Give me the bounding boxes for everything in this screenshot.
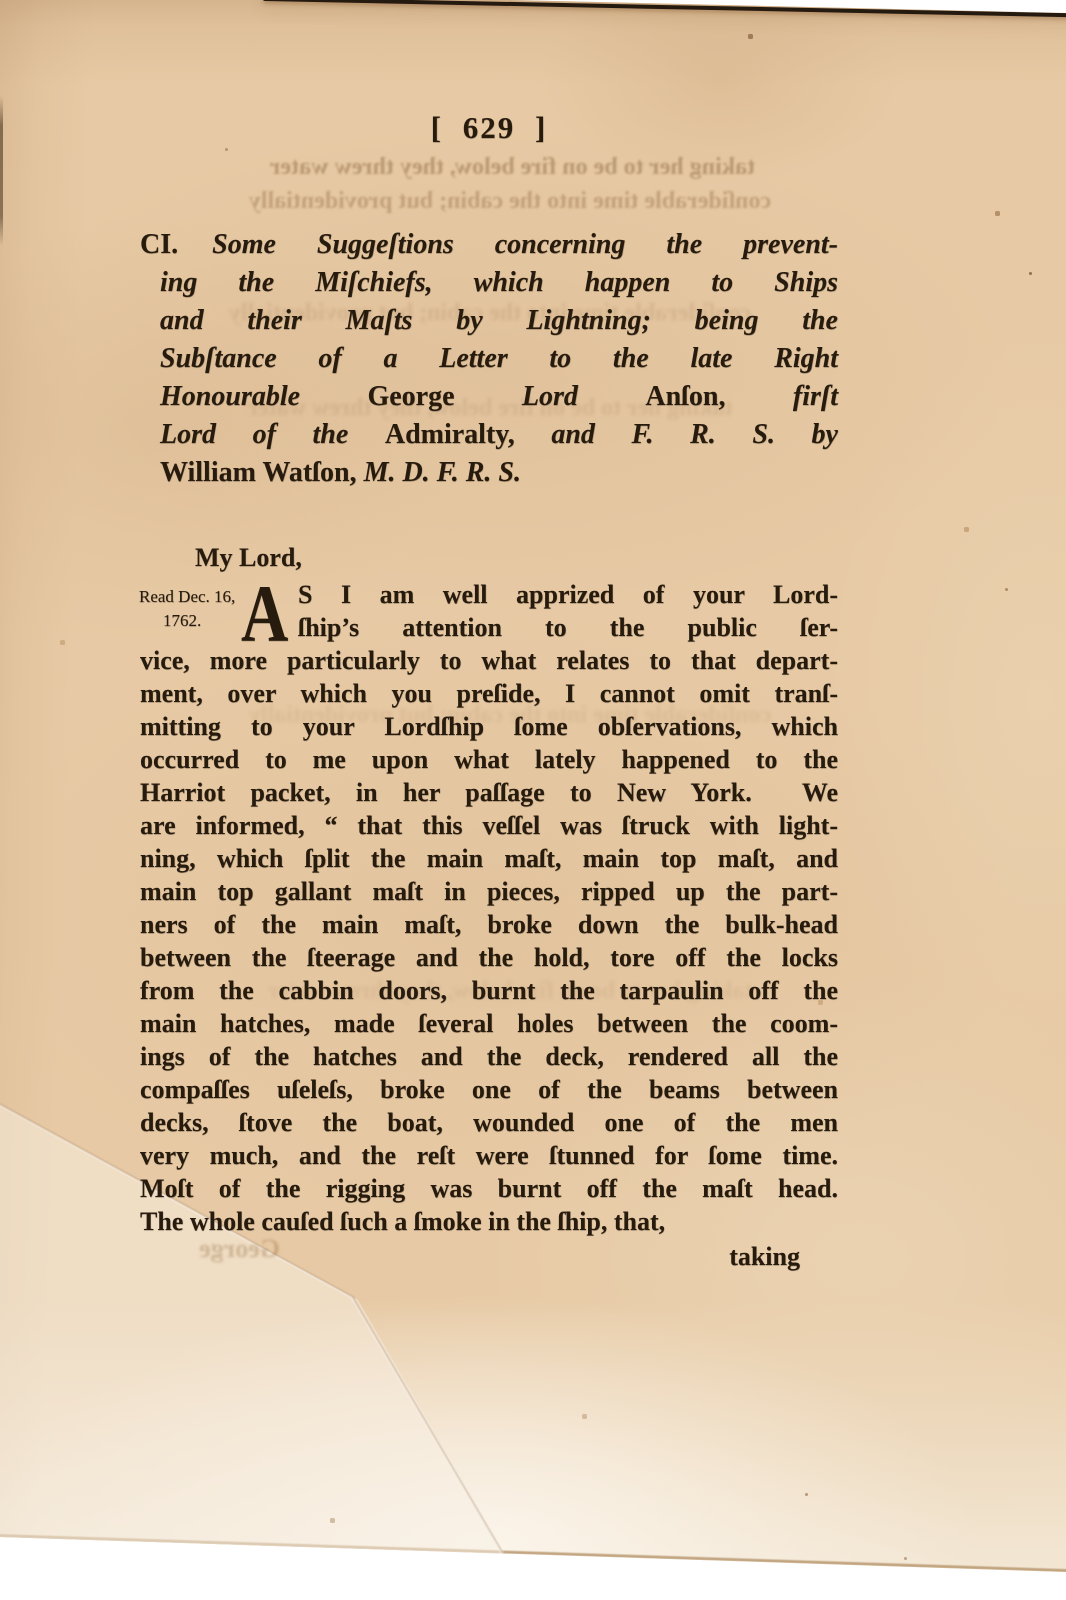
body-line: occurred to me upon what lately happened…: [140, 743, 838, 776]
title-text: Honourable: [160, 381, 367, 412]
title-text-roman: Admiralty,: [385, 419, 551, 450]
page-top-edge: [263, 0, 1066, 17]
body-line: main hatches, made ſeveral holes between…: [140, 1007, 838, 1040]
page-number: [ 629 ]: [140, 110, 838, 146]
title-line: Lord of the Admiralty, and F. R. S. by: [160, 416, 838, 454]
author-degrees: M. D. F. R. S.: [364, 457, 521, 488]
title-text: Lord of the: [160, 419, 385, 450]
body-line: very much, and the reſt were ſtunned for…: [140, 1139, 838, 1172]
title-text-roman: Anſon,: [645, 381, 793, 412]
body-line: ſhip’s attention to the public ſer-: [298, 611, 838, 644]
title-text: Lord: [522, 381, 645, 412]
body-line: ning, which ſplit the main maſt, main to…: [140, 842, 838, 875]
body-line: between the ſteerage and the hold, tore …: [140, 941, 838, 974]
title-text: firſt: [793, 381, 838, 412]
page-left-edge-shadow: [0, 96, 3, 246]
title-text: ing the Miſchiefs, which happen to Ships: [160, 267, 838, 298]
catchword: taking: [140, 1242, 800, 1272]
title-line: CI.Some Suggeſtions concerning the preve…: [160, 226, 838, 264]
title-text: and F. R. S. by: [551, 419, 838, 450]
bleedthrough-text: conſiderable time into the cabin; but pr…: [150, 188, 870, 215]
foxing-specks: [0, 0, 1, 1]
body-line: ners of the main maſt, broke down the bu…: [140, 908, 838, 941]
body-line: ings of the hatches and the deck, render…: [140, 1040, 838, 1073]
body-line: ment, over which you preſide, I cannot o…: [140, 677, 838, 710]
body-line: are informed, “ that this veſſel was ſtr…: [140, 809, 838, 842]
title-line: William Watſon, M. D. F. R. S.: [160, 454, 838, 492]
letter-body: S I am well apprized of your Lord- ſhip’…: [140, 578, 838, 1238]
title-text-roman: George: [367, 381, 521, 412]
scanned-document-page: { "page": { "number_display": "[ 629 ]",…: [0, 0, 1066, 1600]
body-line: from the cabbin doors, burnt the tarpaul…: [140, 974, 838, 1007]
title-line: and their Maſts by Lightning; being the: [160, 302, 838, 340]
title-text: and their Maſts by Lightning; being the: [160, 305, 838, 336]
article-title: CI.Some Suggeſtions concerning the preve…: [160, 226, 838, 492]
body-line: decks, ſtove the boat, wounded one of th…: [140, 1106, 838, 1139]
title-line: ing the Miſchiefs, which happen to Ships: [160, 264, 838, 302]
body-line: vice, more particularly to what relates …: [140, 644, 838, 677]
title-text: Subſtance of a Letter to the late Right: [160, 343, 838, 374]
body-line: main top gallant maſt in pieces, ripped …: [140, 875, 838, 908]
author-name: William Watſon,: [160, 457, 364, 488]
title-text: Some Suggeſtions concerning the prevent-: [212, 229, 838, 260]
title-line: Honourable George Lord Anſon, firſt: [160, 378, 838, 416]
title-line: Subſtance of a Letter to the late Right: [160, 340, 838, 378]
bleedthrough-text: taking her to be on fire below, they thr…: [145, 154, 880, 181]
body-line: The whole cauſed ſuch a ſmoke in the ſhi…: [140, 1205, 838, 1238]
body-line: Moſt of the rigging was burnt off the ma…: [140, 1172, 838, 1205]
body-line: Harriot packet, in her paſſage to New Yo…: [140, 776, 838, 809]
body-line: compaſſes uſeleſs, broke one of the beam…: [140, 1073, 838, 1106]
body-line: mitting to your Lordſhip ſome obſervatio…: [140, 710, 838, 743]
article-number: CI.: [140, 229, 178, 260]
paper-sheet: taking her to be on fire below, they thr…: [0, 0, 1066, 1600]
body-line: S I am well apprized of your Lord-: [298, 578, 838, 611]
